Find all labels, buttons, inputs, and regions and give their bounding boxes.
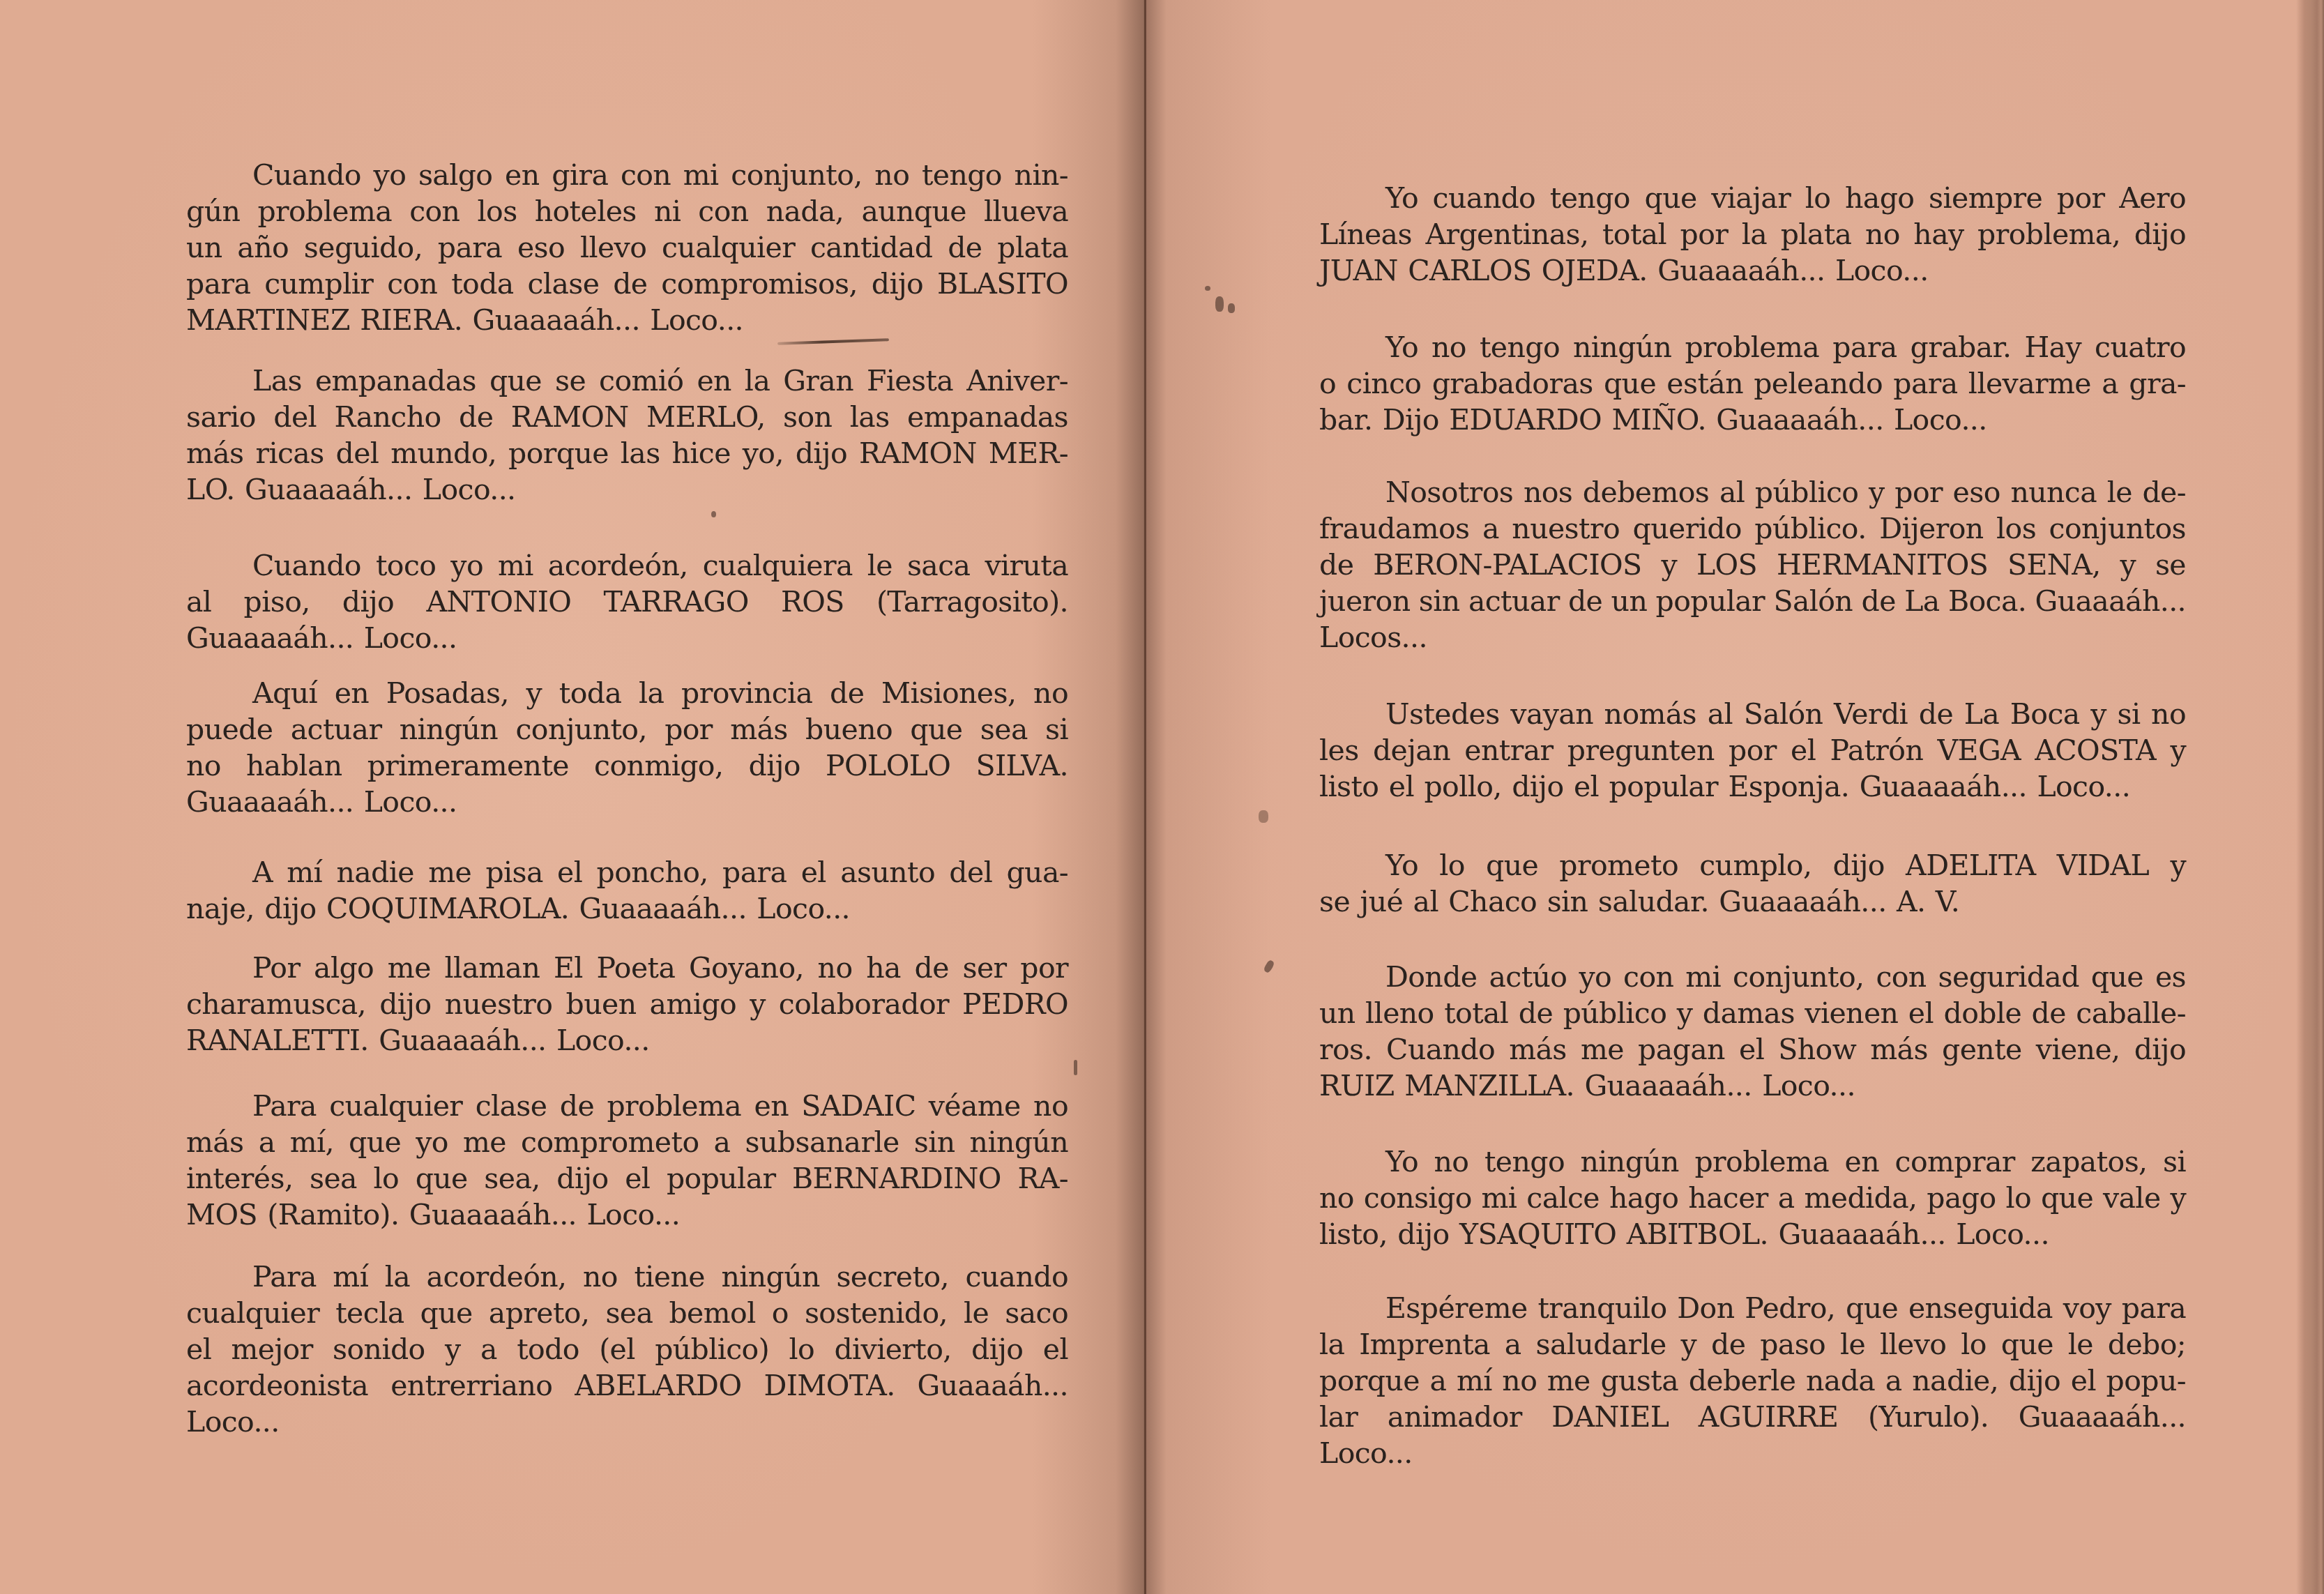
text-line: MOS (Ramito). Guaaaaáh... Loco... [120, 1197, 1068, 1233]
text-line: Ustedes vayan nomás al Salón Verdi de La… [1253, 696, 2186, 732]
text-line: jueron sin actuar de un popular Salón de… [1253, 583, 2186, 619]
text-line: Yo no tengo ningún problema para grabar.… [1253, 329, 2186, 365]
text-line: cualquier tecla que apreto, sea bemol o … [120, 1295, 1068, 1331]
text-line: JUAN CARLOS OJEDA. Guaaaaáh... Loco... [1253, 252, 2186, 289]
text-line: Líneas Argentinas, total por la plata no… [1253, 216, 2186, 252]
text-line: al piso, dijo ANTONIO TARRAGO ROS (Tarra… [120, 584, 1068, 620]
text-line: Donde actúo yo con mi conjunto, con segu… [1253, 959, 2186, 995]
text-line: para cumplir con toda clase de compromis… [120, 266, 1068, 302]
text-line: gún problema con los hoteles ni con nada… [120, 193, 1068, 229]
text-line: listo el pollo, dijo el popular Esponja.… [1253, 768, 2186, 805]
text-line: Para mí la acordeón, no tiene ningún sec… [120, 1259, 1068, 1295]
left-paragraph-8: Para mí la acordeón, no tiene ningún sec… [120, 1259, 1068, 1440]
text-line: RANALETTI. Guaaaaáh... Loco... [120, 1022, 1068, 1058]
text-line: Yo no tengo ningún problema en comprar z… [1253, 1144, 2186, 1180]
text-line: porque a mí no me gusta deberle nada a n… [1253, 1363, 2186, 1399]
text-line: Espéreme tranquilo Don Pedro, que ensegu… [1253, 1290, 2186, 1326]
text-line: listo, dijo YSAQUITO ABITBOL. Guaaaaáh..… [1253, 1216, 2186, 1252]
left-paragraph-7: Para cualquier clase de problema en SADA… [120, 1088, 1068, 1233]
text-line: se jué al Chaco sin saludar. Guaaaaáh...… [1253, 883, 2186, 920]
text-line: Loco... [1253, 1435, 2186, 1471]
text-line: más a mí, que yo me comprometo a subsana… [120, 1124, 1068, 1160]
right-paragraph-7: Yo no tengo ningún problema en comprar z… [1253, 1144, 2186, 1252]
text-line: RUIZ MANZILLA. Guaaaaáh... Loco... [1253, 1068, 2186, 1104]
text-line: no hablan primeramente conmigo, dijo POL… [120, 747, 1068, 784]
text-line: A mí nadie me pisa el poncho, para el as… [120, 854, 1068, 890]
right-paragraph-2: Yo no tengo ningún problema para grabar.… [1253, 329, 2186, 438]
text-line: puede actuar ningún conjunto, por más bu… [120, 711, 1068, 747]
text-line: Nosotros nos debemos al público y por es… [1253, 474, 2186, 510]
book-gutter [1144, 0, 1146, 1594]
text-line: no consigo mi calce hago hacer a medida,… [1253, 1180, 2186, 1216]
text-line: interés, sea lo que sea, dijo el popular… [120, 1160, 1068, 1197]
left-paragraph-1: Cuando yo salgo en gira con mi conjunto,… [120, 157, 1068, 338]
right-paragraph-6: Donde actúo yo con mi conjunto, con segu… [1253, 959, 2186, 1104]
text-line: les dejan entrar pregunten por el Patrón… [1253, 732, 2186, 768]
text-line: Cuando toco yo mi acordeón, cualquiera l… [120, 547, 1068, 584]
text-line: Cuando yo salgo en gira con mi conjunto,… [120, 157, 1068, 193]
text-line: MARTINEZ RIERA. Guaaaaáh... Loco... [120, 302, 1068, 338]
ink-speck [1074, 1060, 1077, 1075]
text-line: Guaaaaáh... Loco... [120, 620, 1068, 656]
ink-speck [711, 511, 716, 517]
book-spread: Cuando yo salgo en gira con mi conjunto,… [0, 0, 2324, 1594]
text-line: charamusca, dijo nuestro buen amigo y co… [120, 986, 1068, 1022]
ink-speck [1205, 286, 1210, 291]
text-line: el mejor sonido y a todo (el público) lo… [120, 1331, 1068, 1367]
text-line: Guaaaaáh... Loco... [120, 784, 1068, 820]
decorative-rule [777, 338, 889, 345]
right-paragraph-3: Nosotros nos debemos al público y por es… [1253, 474, 2186, 655]
right-paragraph-8: Espéreme tranquilo Don Pedro, que ensegu… [1253, 1290, 2186, 1471]
text-line: un año seguido, para eso llevo cualquier… [120, 229, 1068, 266]
text-line: Las empanadas que se comió en la Gran Fi… [120, 363, 1068, 399]
left-paragraph-6: Por algo me llaman El Poeta Goyano, no h… [120, 950, 1068, 1058]
ink-speck [1259, 810, 1268, 823]
text-line: bar. Dijo EDUARDO MIÑO. Guaaaaáh... Loco… [1253, 402, 2186, 438]
text-line: LO. Guaaaaáh... Loco... [120, 471, 1068, 508]
right-paragraph-4: Ustedes vayan nomás al Salón Verdi de La… [1253, 696, 2186, 805]
ink-speck [1215, 296, 1224, 312]
text-line: Yo cuando tengo que viajar lo hago siemp… [1253, 180, 2186, 216]
text-line: acordeonista entrerriano ABELARDO DIMOTA… [120, 1367, 1068, 1404]
left-paragraph-2: Las empanadas que se comió en la Gran Fi… [120, 363, 1068, 508]
right-paragraph-1: Yo cuando tengo que viajar lo hago siemp… [1253, 180, 2186, 289]
text-line: ros. Cuando más me pagan el Show más gen… [1253, 1031, 2186, 1068]
ink-speck [1228, 303, 1235, 313]
text-line: un lleno total de público y damas vienen… [1253, 995, 2186, 1031]
text-line: lar animador DANIEL AGUIRRE (Yurulo). Gu… [1253, 1399, 2186, 1435]
text-line: más ricas del mundo, porque las hice yo,… [120, 435, 1068, 471]
text-line: o cinco grabadoras que están peleando pa… [1253, 365, 2186, 402]
text-line: Por algo me llaman El Poeta Goyano, no h… [120, 950, 1068, 986]
right-paragraph-5: Yo lo que prometo cumplo, dijo ADELITA V… [1253, 847, 2186, 920]
left-paragraph-5: A mí nadie me pisa el poncho, para el as… [120, 854, 1068, 927]
text-line: Aquí en Posadas, y toda la provincia de … [120, 675, 1068, 711]
text-line: la Imprenta a saludarle y de paso le lle… [1253, 1326, 2186, 1363]
text-line: Locos... [1253, 619, 2186, 655]
text-line: naje, dijo COQUIMAROLA. Guaaaaáh... Loco… [120, 890, 1068, 927]
left-paragraph-3: Cuando toco yo mi acordeón, cualquiera l… [120, 547, 1068, 656]
text-line: Para cualquier clase de problema en SADA… [120, 1088, 1068, 1124]
text-line: sario del Rancho de RAMON MERLO, son las… [120, 399, 1068, 435]
text-line: de BERON-PALACIOS y LOS HERMANITOS SENA,… [1253, 547, 2186, 583]
left-paragraph-4: Aquí en Posadas, y toda la provincia de … [120, 675, 1068, 820]
text-line: fraudamos a nuestro querido público. Dij… [1253, 510, 2186, 547]
text-line: Yo lo que prometo cumplo, dijo ADELITA V… [1253, 847, 2186, 883]
text-line: Loco... [120, 1404, 1068, 1440]
